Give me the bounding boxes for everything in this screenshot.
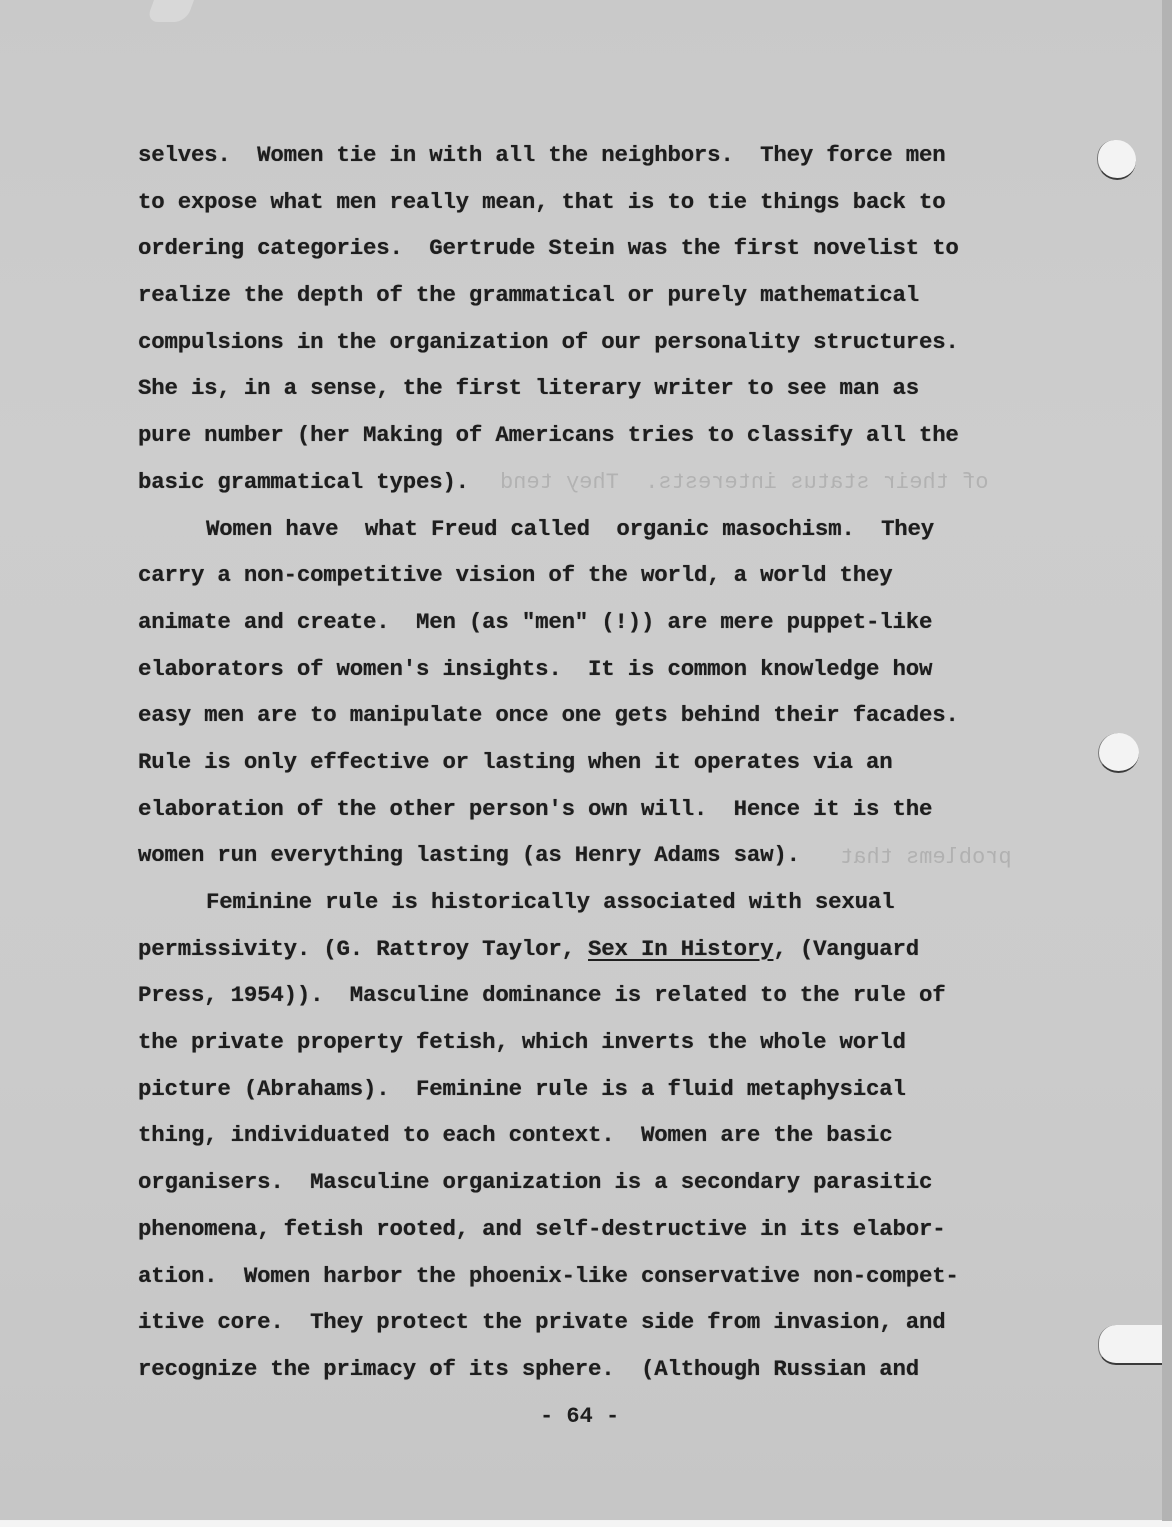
text-line: animate and create. Men (as "men" (!)) a… — [138, 599, 1018, 646]
text-line: itive core. They protect the private sid… — [138, 1299, 1018, 1346]
page-edge-shadow — [1162, 0, 1172, 1527]
text-line: She is, in a sense, the first literary w… — [138, 365, 1018, 412]
paragraph-start-line: Women have what Freud called organic mas… — [138, 506, 1018, 553]
text-line: selves. Women tie in with all the neighb… — [138, 132, 1018, 179]
text-line: ordering categories. Gertrude Stein was … — [138, 225, 1018, 272]
document-body: selves. Women tie in with all the neighb… — [138, 132, 1018, 1393]
text-line: basic grammatical types). — [138, 459, 1018, 506]
citation-suffix: , (Vanguard — [773, 936, 919, 962]
scanner-bed-strip — [0, 1521, 1172, 1527]
scanned-page: of their status interests. They tend pro… — [0, 0, 1165, 1524]
page-corner-fold — [146, 0, 194, 22]
punch-hole-bottom — [1098, 1325, 1172, 1365]
text-line: the private property fetish, which inver… — [138, 1019, 1018, 1066]
text-line: easy men are to manipulate once one gets… — [138, 692, 1018, 739]
paragraph-start-line: Feminine rule is historically associated… — [138, 879, 1018, 926]
citation-prefix: permissivity. (G. Rattroy Taylor, — [138, 936, 588, 962]
text-line: pure number (her Making of Americans tri… — [138, 412, 1018, 459]
text-line: phenomena, fetish rooted, and self-destr… — [138, 1206, 1018, 1253]
text-line: women run everything lasting (as Henry A… — [138, 832, 1018, 879]
text-line: thing, individuated to each context. Wom… — [138, 1112, 1018, 1159]
punch-hole-top — [1097, 140, 1136, 180]
book-title-underlined: Sex In History — [588, 936, 773, 962]
text-line: Press, 1954)). Masculine dominance is re… — [138, 972, 1018, 1019]
text-line: elaboration of the other person's own wi… — [138, 786, 1018, 833]
text-line: compulsions in the organization of our p… — [138, 319, 1018, 366]
text-line: elaborators of women's insights. It is c… — [138, 646, 1018, 693]
punch-hole-middle — [1098, 733, 1139, 773]
text-line: recognize the primacy of its sphere. (Al… — [138, 1346, 1018, 1393]
text-line: carry a non-competitive vision of the wo… — [138, 552, 1018, 599]
page-number: - 64 - — [540, 1404, 640, 1429]
text-line: to expose what men really mean, that is … — [138, 179, 1018, 226]
citation-line: permissivity. (G. Rattroy Taylor, Sex In… — [138, 926, 1018, 973]
text-line: realize the depth of the grammatical or … — [138, 272, 1018, 319]
text-line: ation. Women harbor the phoenix-like con… — [138, 1253, 1018, 1300]
text-line: Rule is only effective or lasting when i… — [138, 739, 1018, 786]
text-line: organisers. Masculine organization is a … — [138, 1159, 1018, 1206]
text-line: picture (Abrahams). Feminine rule is a f… — [138, 1066, 1018, 1113]
